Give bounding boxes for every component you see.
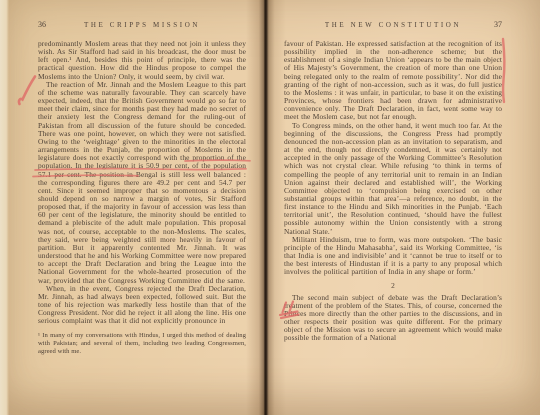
left-running-head: THE CRIPPS MISSION (52, 21, 232, 29)
book-gutter-shadow (246, 0, 286, 415)
left-page-body: predominantly Moslem areas that they nee… (38, 40, 246, 325)
page-edge-strip (0, 0, 9, 415)
margin-line-mark (503, 39, 504, 102)
right-page-number: 37 (488, 20, 502, 29)
paragraph: Militant Hinduism, true to form, was mor… (284, 236, 502, 277)
right-running-head: THE NEW CONSTITUTION (298, 21, 488, 29)
paragraph: favour of Pakistan. He expressed satisfa… (284, 40, 502, 122)
paragraph: When, in the event, Congress rejected th… (38, 285, 246, 326)
left-page: 36 THE CRIPPS MISSION 00 predominantly M… (38, 20, 246, 356)
right-page-body: favour of Pakistan. He expressed satisfa… (284, 40, 502, 342)
footnote: ¹ In many of my conversations with Hindu… (38, 332, 246, 355)
paragraph: predominantly Moslem areas that they nee… (38, 40, 246, 81)
check-mark (19, 77, 35, 105)
right-page: 00 THE NEW CONSTITUTION 37 favour of Pak… (284, 20, 502, 342)
paragraph: The second main subject of debate was th… (284, 294, 502, 343)
paragraph: The reaction of Mr. Jinnah and the Mosle… (38, 81, 246, 285)
paragraph: To Congress minds, on the other hand, it… (284, 122, 502, 236)
right-page-header: 00 THE NEW CONSTITUTION 37 (284, 20, 502, 29)
left-page-number: 36 (38, 20, 52, 29)
section-number: 2 (284, 281, 502, 290)
scanned-book-spread: 36 THE CRIPPS MISSION 00 predominantly M… (0, 0, 540, 415)
left-page-header: 36 THE CRIPPS MISSION 00 (38, 20, 246, 29)
